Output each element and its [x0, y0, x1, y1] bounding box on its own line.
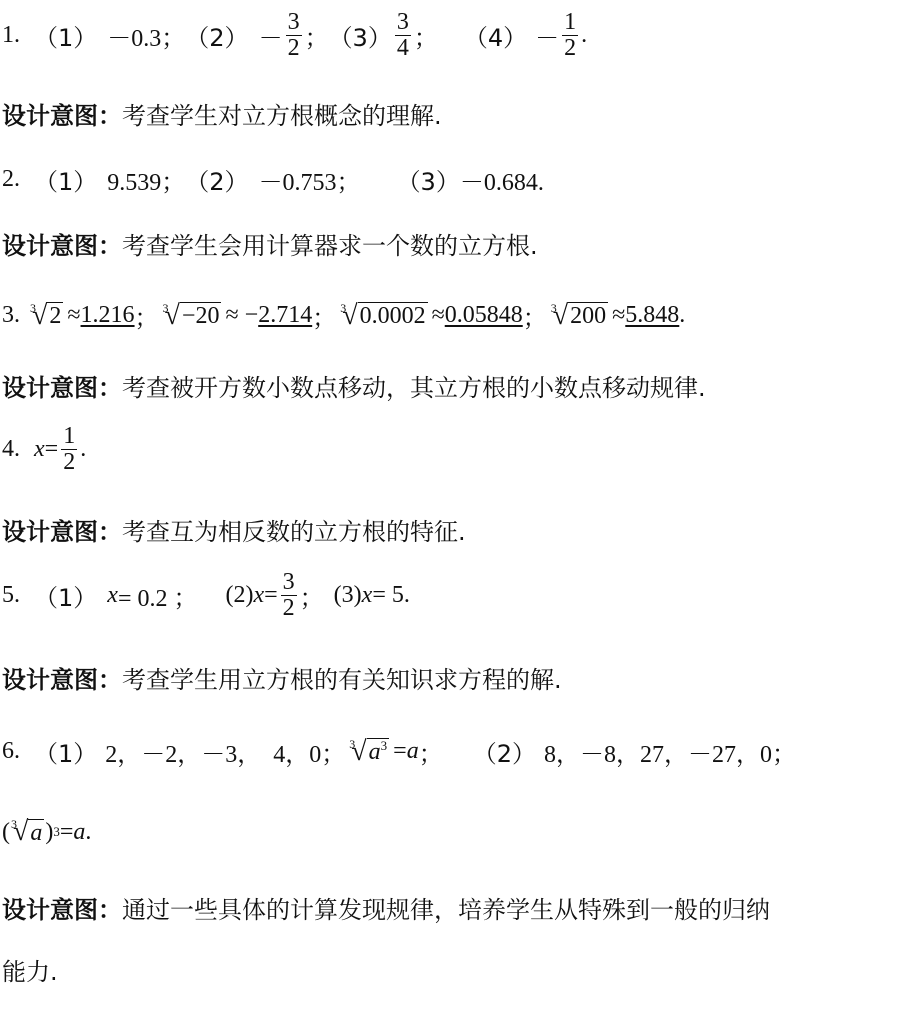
- design-intent-2: 设计意图： 考查学生会用计算器求一个数的立方根.: [2, 226, 538, 261]
- answer-number: 3.: [2, 302, 20, 329]
- answer-blank: 0.05848: [445, 302, 523, 329]
- design-intent-6-continued: 能力.: [2, 952, 58, 987]
- intent-label: 设计意图：: [2, 890, 122, 925]
- cube-root: 3√200: [551, 302, 608, 330]
- answer-2: 2. （1） 9.539； （2） －0.753； （3） －0.684.: [2, 162, 544, 197]
- cube-root: 3√a3: [349, 738, 389, 766]
- design-intent-3: 设计意图： 考查被开方数小数点移动，其立方根的小数点移动规律.: [2, 368, 706, 403]
- answer-blank: 1.216: [81, 302, 135, 329]
- answer-number: 4.: [2, 436, 20, 463]
- intent-label: 设计意图：: [2, 660, 122, 695]
- intent-text: 考查学生用立方根的有关知识求方程的解.: [122, 660, 562, 695]
- cube-root: 3√2: [30, 302, 63, 330]
- answer-number: 1.: [2, 22, 20, 49]
- intent-label: 设计意图：: [2, 512, 122, 547]
- fraction: 32: [286, 10, 302, 61]
- design-intent-5: 设计意图： 考查学生用立方根的有关知识求方程的解.: [2, 660, 562, 695]
- design-intent-4: 设计意图： 考查互为相反数的立方根的特征.: [2, 512, 466, 547]
- fraction: 12: [61, 424, 77, 475]
- intent-label: 设计意图：: [2, 368, 122, 403]
- cube-root: 3√0.0002: [340, 302, 427, 330]
- cube-root: 3√−20: [163, 302, 222, 330]
- answer-6-continued: ( 3√a ) 3 = a .: [2, 818, 91, 846]
- answer-3: 3. 3√2 ≈ 1.216 ； 3√−20 ≈ − 2.714 ； 3√0.0…: [2, 298, 685, 333]
- answer-number: 5.: [2, 582, 20, 609]
- intent-label: 设计意图：: [2, 96, 122, 131]
- fraction: 34: [395, 10, 411, 61]
- fraction: 32: [281, 570, 297, 621]
- answer-blank: 2.714: [258, 302, 312, 329]
- intent-text: 能力.: [2, 952, 58, 987]
- answer-number: 6.: [2, 738, 20, 765]
- intent-text: 考查学生会用计算器求一个数的立方根.: [122, 226, 538, 261]
- intent-text: 考查互为相反数的立方根的特征.: [122, 512, 466, 547]
- cube-root: 3√a: [11, 818, 44, 846]
- answer-blank: 5.848: [625, 302, 679, 329]
- answer-1: 1. （1） －0.3； （2） － 32 ； （3） 34 ； （4） － 1…: [2, 10, 587, 61]
- intent-text: 通过一些具体的计算发现规律，培养学生从特殊到一般的归纳: [122, 890, 770, 925]
- answer-6: 6. （1） 2，－2，－3， 4，0； 3√a3 = a ； （2） 8，－8…: [2, 734, 796, 769]
- fraction: 12: [562, 10, 578, 61]
- answer-4: 4. x = 12 .: [2, 424, 86, 475]
- design-intent-1: 设计意图： 考查学生对立方根概念的理解.: [2, 96, 442, 131]
- intent-text: 考查被开方数小数点移动，其立方根的小数点移动规律.: [122, 368, 706, 403]
- answer-5: 5. （1） x = 0.2 ； (2) x = 32 ； (3) x = 5.: [2, 570, 410, 621]
- answer-number: 2.: [2, 166, 20, 193]
- intent-label: 设计意图：: [2, 226, 122, 261]
- design-intent-6: 设计意图： 通过一些具体的计算发现规律，培养学生从特殊到一般的归纳: [2, 890, 770, 925]
- intent-text: 考查学生对立方根概念的理解.: [122, 96, 442, 131]
